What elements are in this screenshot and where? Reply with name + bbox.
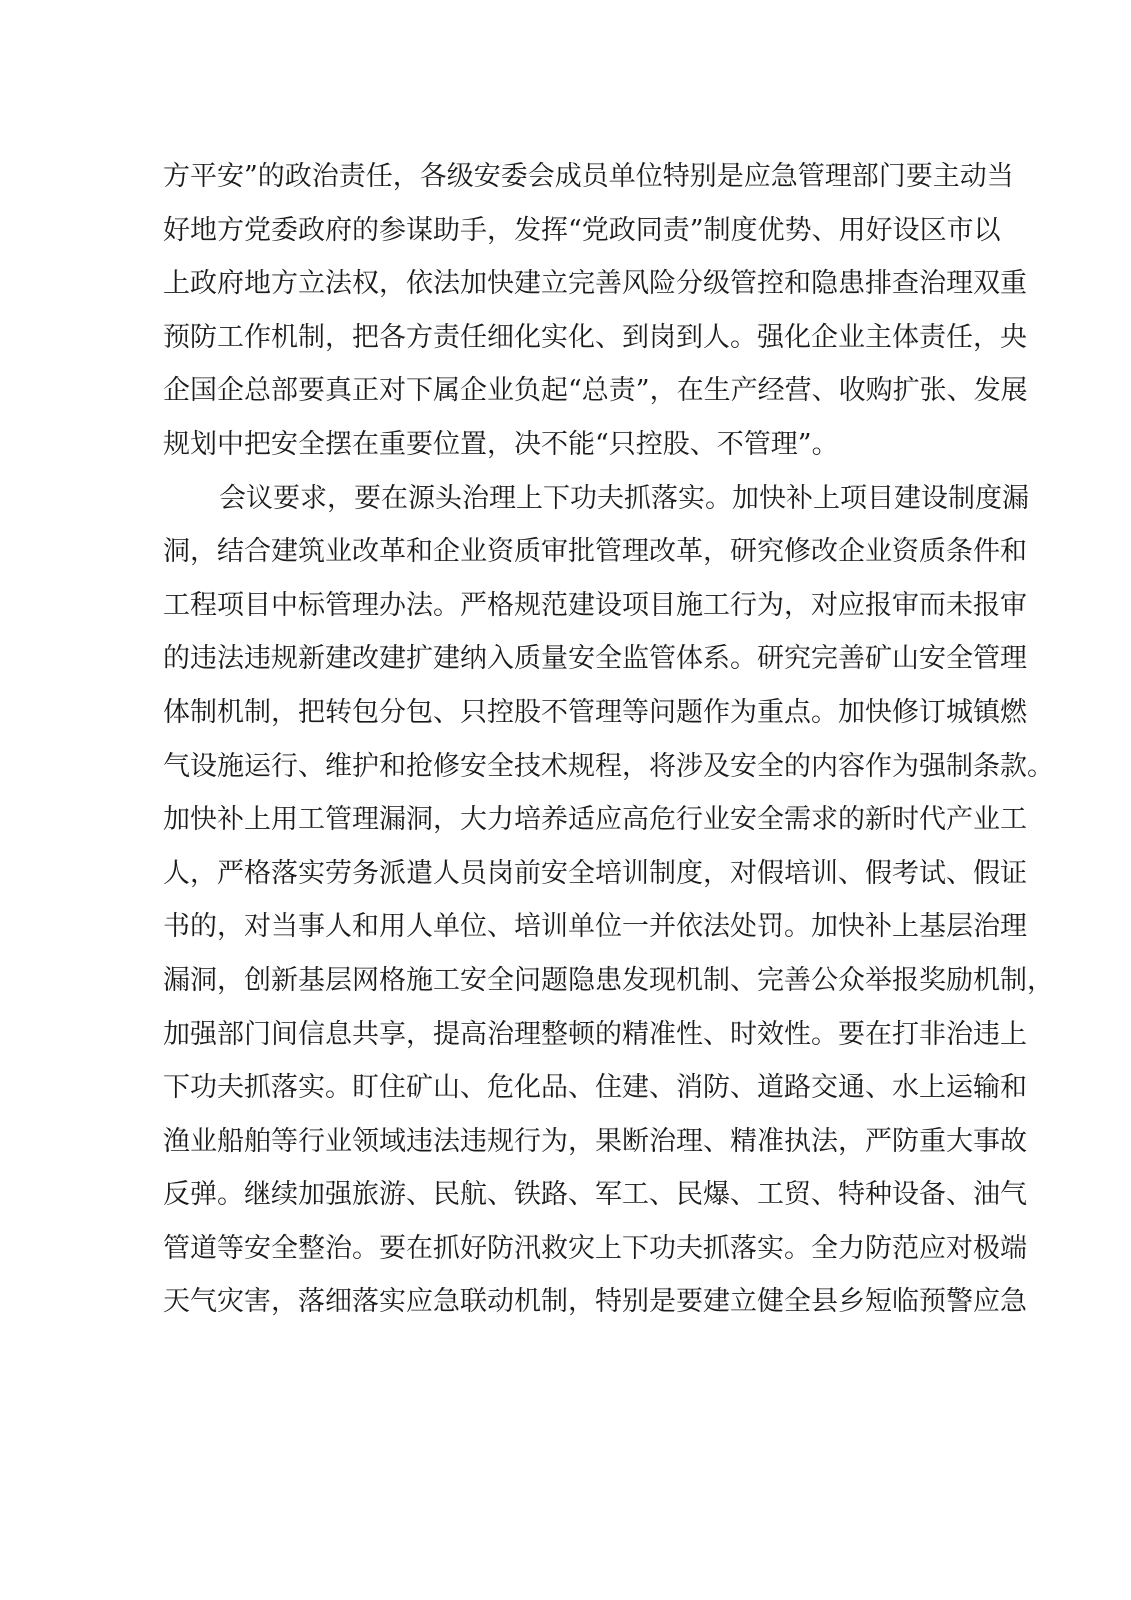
text-line: 企国企总部要真正对下属企业负起“总责”，在生产经营、收购扩张、发展 — [163, 364, 977, 418]
text-line: 好地方党委政府的参谋助手，发挥“党政同责”制度优势、用好设区市以 — [163, 204, 977, 258]
text-line: 天气灾害，落细落实应急联动机制，特别是要建立健全县乡短临预警应急 — [163, 1275, 977, 1329]
paragraph-1: 方平安”的政治责任，各级安委会成员单位特别是应急管理部门要主动当 好地方党委政府… — [163, 150, 977, 472]
text-line: 规划中把安全摆在重要位置，决不能“只控股、不管理”。 — [163, 418, 977, 472]
text-line: 预防工作机制，把各方责任细化实化、到岗到人。强化企业主体责任，央 — [163, 311, 977, 365]
text-line: 人，严格落实劳务派遣人员岗前安全培训制度，对假培训、假考试、假证 — [163, 847, 977, 901]
paragraph-2: 会议要求，要在源头治理上下功夫抓落实。加快补上项目建设制度漏 洞，结合建筑业改革… — [163, 472, 977, 1490]
text-line: 渔业船舶等行业领域违法违规行为，果断治理、精准执法，严防重大事故 — [163, 1115, 977, 1169]
document-page: 方平安”的政治责任，各级安委会成员单位特别是应急管理部门要主动当 好地方党委政府… — [163, 150, 977, 1490]
text-line: 工程项目中标管理办法。严格规范建设项目施工行为，对应报审而未报审 — [163, 579, 977, 633]
text-line: 加强部门间信息共享，提高治理整顿的精准性、时效性。要在打非治违上 — [163, 1008, 977, 1062]
text-line: 反弹。继续加强旅游、民航、铁路、军工、民爆、工贸、特种设备、油气 — [163, 1168, 977, 1222]
text-line: 下功夫抓落实。盯住矿山、危化品、住建、消防、道路交通、水上运输和 — [163, 1061, 977, 1115]
text-line: 管道等安全整治。要在抓好防汛救灾上下功夫抓落实。全力防范应对极端 — [163, 1222, 977, 1276]
text-line: 上政府地方立法权，依法加快建立完善风险分级管控和隐患排查治理双重 — [163, 257, 977, 311]
text-line: 加快补上用工管理漏洞，大力培养适应高危行业安全需求的新时代产业工 — [163, 793, 977, 847]
text-line: 书的，对当事人和用人单位、培训单位一并依法处罚。加快补上基层治理 — [163, 900, 977, 954]
text-line: 气设施运行、维护和抢修安全技术规程，将涉及安全的内容作为强制条款。 — [163, 740, 977, 794]
text-line — [163, 1383, 977, 1437]
text-line: 洞，结合建筑业改革和企业资质审批管理改革，研究修改企业资质条件和 — [163, 525, 977, 579]
text-line: 漏洞，创新基层网格施工安全问题隐患发现机制、完善公众举报奖励机制， — [163, 954, 977, 1008]
text-line: 体制机制，把转包分包、只控股不管理等问题作为重点。加快修订城镇燃 — [163, 686, 977, 740]
text-line — [163, 1436, 977, 1490]
text-line: 会议要求，要在源头治理上下功夫抓落实。加快补上项目建设制度漏 — [163, 472, 977, 526]
text-line: 的违法违规新建改建扩建纳入质量安全监管体系。研究完善矿山安全管理 — [163, 632, 977, 686]
text-line — [163, 1329, 977, 1383]
text-line: 方平安”的政治责任，各级安委会成员单位特别是应急管理部门要主动当 — [163, 150, 977, 204]
